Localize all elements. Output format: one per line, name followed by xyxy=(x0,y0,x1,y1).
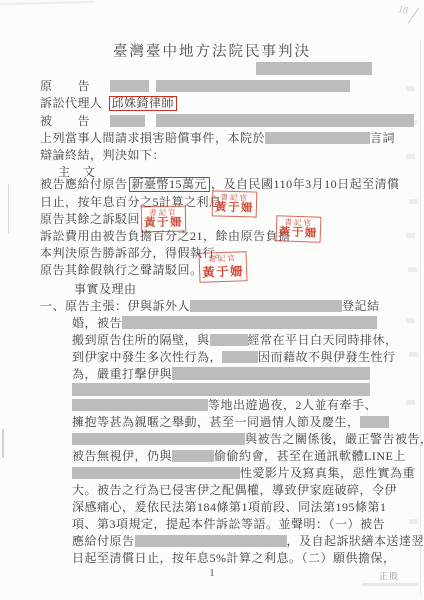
preamble-text: 言詞 xyxy=(370,131,395,145)
facts-text: 因而藉故不與伊發生性行 xyxy=(258,350,396,364)
facts-line: 日起至清償日止，按年息5%計算之利息。（二）願供擔保， xyxy=(72,551,396,566)
red-annotation-box-amount: 新臺幣15萬元 xyxy=(129,177,211,192)
scan-artifact xyxy=(2,429,4,458)
clerk-stamp-name: 黃于姍 xyxy=(144,217,183,231)
scan-artifact xyxy=(406,154,415,159)
handwritten-page-mark: 18 xyxy=(397,4,408,16)
facts-line: 擁抱等甚為親暱之舉動，甚至一同過情人節及慶生， xyxy=(72,415,389,430)
facts-line: 與被告之關係後，嚴正警告被告， xyxy=(72,432,424,447)
scan-artifact xyxy=(406,318,415,323)
redaction-bar xyxy=(360,416,389,428)
facts-line: 等地出遊過夜，2人並有牽手、 xyxy=(72,398,377,413)
scan-artifact xyxy=(362,583,418,586)
facts-line: 搬到原告住所的隔壁，與經常在平日白天同時排休， xyxy=(72,333,398,348)
facts-text: 與被告之關係後，嚴正警告被告， xyxy=(245,432,424,446)
scan-edge-line xyxy=(420,40,421,595)
facts-line xyxy=(72,383,370,398)
facts-text: 應給付原告 xyxy=(72,534,135,548)
clerk-stamp: 書記官黃于姍 xyxy=(212,190,258,217)
facts-text: 為，嚴重打擊伊與 xyxy=(72,367,172,381)
facts-line: 性愛影片及寫真集，惡性實為重 xyxy=(72,466,415,481)
redaction-bar xyxy=(110,80,149,92)
redaction-bar xyxy=(265,132,370,144)
page-title: 臺灣臺中地方法院民事判決 xyxy=(0,40,424,61)
redaction-bar xyxy=(210,334,248,346)
redaction-bar xyxy=(172,450,214,462)
facts-text: 婚，被告 xyxy=(72,316,122,330)
clerk-stamp-name: 黃于姍 xyxy=(215,201,254,215)
redaction-bar xyxy=(222,351,258,363)
facts-text: 等地出遊過夜，2人並有牽手、 xyxy=(208,398,377,412)
main-text-line: 原告其餘假執行之聲請駁回。 xyxy=(40,263,203,278)
page-number: 1 xyxy=(0,567,424,579)
redaction-bar xyxy=(156,114,414,127)
redaction-bar xyxy=(72,399,208,411)
scan-artifact xyxy=(406,86,415,91)
plaintiff-row: 原 告 xyxy=(40,79,350,94)
facts-text: 擁抱等甚為親暱之舉動，甚至一同過情人節及慶生， xyxy=(72,415,360,429)
redaction-bar-case-number xyxy=(256,62,372,75)
clerk-stamp: 書記官黃于姍 xyxy=(141,206,186,233)
redaction-bar xyxy=(156,80,350,92)
facts-line: 大。被告之行為已侵害伊之配偶權，導致伊家庭破碎，令伊 xyxy=(72,483,397,498)
handwritten-slash-mark xyxy=(408,7,420,23)
scan-artifact xyxy=(406,233,415,238)
court-judgment-page: 18 臺灣臺中地方法院民事判決 原 告 訴訟代理人邱姝錡律師 被 告 上列當事人… xyxy=(0,0,424,600)
facts-line: 深感痛心，爰依民法第184條第1項前段、同法第195條第1 xyxy=(72,500,387,515)
redaction-bar xyxy=(110,115,145,127)
agent-row: 訴訟代理人邱姝錡律師 xyxy=(40,96,178,111)
main-text-line: 原告其餘之訴駁回 xyxy=(40,212,140,227)
facts-text: 偷偷約會，甚至在通訊軟體LINE上 xyxy=(214,449,406,463)
scan-artifact xyxy=(409,199,418,204)
award-amount: 新臺幣15萬元 xyxy=(132,177,208,191)
scan-artifact xyxy=(409,519,418,524)
award-text: 被告應給付原告 xyxy=(40,177,128,191)
clerk-stamp-name: 黃于姍 xyxy=(279,226,318,240)
facts-line: 項、第3項規定，提起本件訴訟等語。並聲明：（一）被告 xyxy=(72,517,385,532)
facts-text: 性愛影片及寫真集，惡性實為重 xyxy=(240,466,415,480)
redaction-bar xyxy=(135,535,287,547)
award-text: ，及自民國110年3月10日起至清償 xyxy=(211,177,400,191)
facts-text: 經常在平日白天同時排休， xyxy=(248,333,398,347)
preamble-line: 辯論終結，判決如下： xyxy=(40,148,165,163)
facts-text: 被告無視伊，仍與 xyxy=(72,449,172,463)
redaction-bar xyxy=(190,300,342,312)
agent-label: 訴訟代理人 xyxy=(40,96,103,110)
red-annotation-box-agent-name: 邱姝錡律師 xyxy=(109,96,178,111)
facts-line: 到伊家中發生多次性行為，因而藉故不與伊發生性行 xyxy=(72,350,396,365)
facts-line: 婚，被告 xyxy=(72,316,377,331)
agent-name: 邱姝錡律師 xyxy=(112,96,175,110)
scan-artifact xyxy=(409,352,418,357)
redaction-bar xyxy=(72,383,370,396)
defendant-row: 被 告 xyxy=(40,114,414,129)
scan-artifact xyxy=(8,184,9,233)
facts-line: 為，嚴重打擊伊與 xyxy=(72,367,370,382)
plaintiff-label: 原 告 xyxy=(40,79,90,93)
facts-text: 搬到原告住所的隔壁，與 xyxy=(72,333,210,347)
facts-text: ，及自起訴狀繕本送達翌 xyxy=(287,534,424,548)
clerk-stamp: 書記官黃于姍 xyxy=(276,215,322,243)
facts-text: 一、原告主張：伊與訴外人 xyxy=(40,299,190,313)
division-label: 正股 xyxy=(379,570,400,582)
main-text-line: 日止，按年息百分之5計算之利息 xyxy=(40,195,222,210)
facts-line: 應給付原告，及自起訴狀繕本送達翌 xyxy=(72,534,424,549)
redaction-bar xyxy=(72,433,245,445)
facts-text: 登記結 xyxy=(342,299,380,313)
clerk-stamp-name: 黃于姍 xyxy=(202,262,245,280)
redaction-bar xyxy=(172,367,370,380)
scan-artifact xyxy=(0,1,95,5)
redaction-bar xyxy=(122,316,377,329)
clerk-stamp: 書記官黃于姍 xyxy=(198,251,247,283)
redaction-bar xyxy=(72,467,240,479)
scan-artifact xyxy=(408,267,417,272)
facts-heading: 事實及理由 xyxy=(74,282,137,297)
facts-line: 一、原告主張：伊與訴外人登記結 xyxy=(40,299,380,314)
preamble-text: 上列當事人間請求損害賠償事件，本院於 xyxy=(40,131,265,145)
preamble-line: 上列當事人間請求損害賠償事件，本院於言詞 xyxy=(40,131,395,146)
facts-line: 被告無視伊，仍與偷偷約會，甚至在通訊軟體LINE上 xyxy=(72,449,406,464)
scan-artifact xyxy=(406,400,415,405)
defendant-label: 被 告 xyxy=(40,114,90,128)
facts-text: 到伊家中發生多次性行為， xyxy=(72,350,222,364)
